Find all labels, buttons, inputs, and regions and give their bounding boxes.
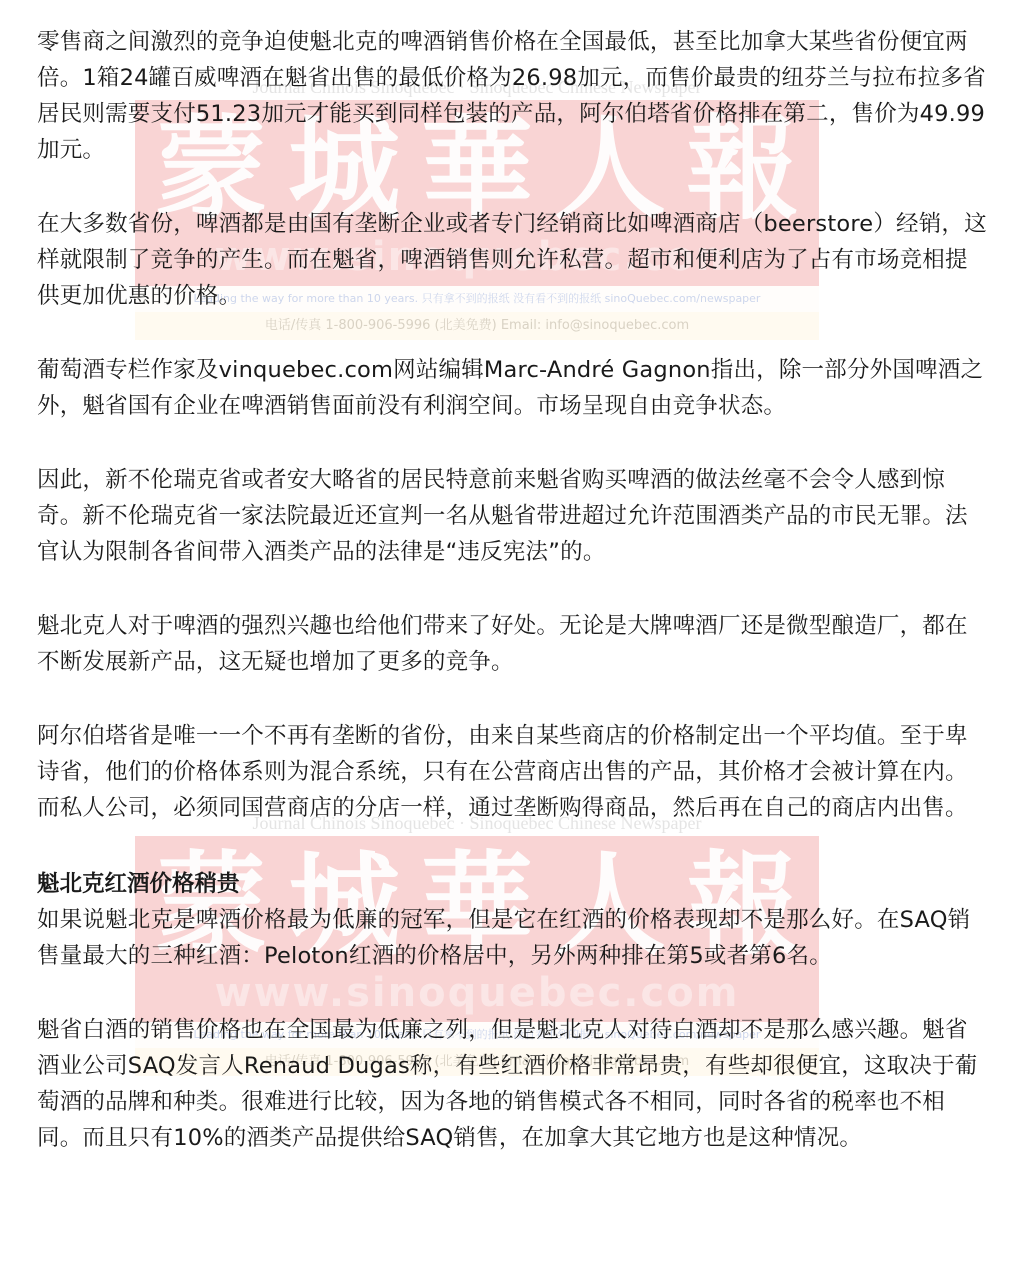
paragraph-beer-prices: 零售商之间激烈的竞争迫使魁北克的啤酒销售价格在全国最低，甚至比加拿大某些省份便宜… (37, 24, 987, 168)
paragraph-alberta-bc: 阿尔伯塔省是唯一一个不再有垄断的省份，由来自某些商店的价格制定出一个平均值。至于… (37, 718, 987, 826)
paragraph-white-wine: 魁省白酒的销售价格也在全国最为低廉之列，但是魁北克人对待白酒却不是那么感兴趣。魁… (37, 1012, 987, 1156)
paragraph-court-ruling: 因此，新不伦瑞克省或者安大略省的居民特意前来魁省购买啤酒的做法丝毫不会令人感到惊… (37, 462, 987, 570)
paragraph-gagnon-quote: 葡萄酒专栏作家及vinquebec.com网站编辑Marc-André Gagn… (37, 352, 987, 424)
paragraph-monopoly: 在大多数省份，啤酒都是由国有垄断企业或者专门经销商比如啤酒商店（beerstor… (37, 206, 987, 314)
section-heading-wine: 魁北克红酒价格稍贵 (37, 866, 987, 902)
article-body: 零售商之间激烈的竞争迫使魁北克的啤酒销售价格在全国最低，甚至比加拿大某些省份便宜… (0, 0, 1023, 1156)
paragraph-breweries: 魁北克人对于啤酒的强烈兴趣也给他们带来了好处。无论是大牌啤酒厂还是微型酿造厂，都… (37, 608, 987, 680)
paragraph-red-wine: 如果说魁北克是啤酒价格最为低廉的冠军，但是它在红酒的价格表现却不是那么好。在SA… (37, 902, 987, 974)
